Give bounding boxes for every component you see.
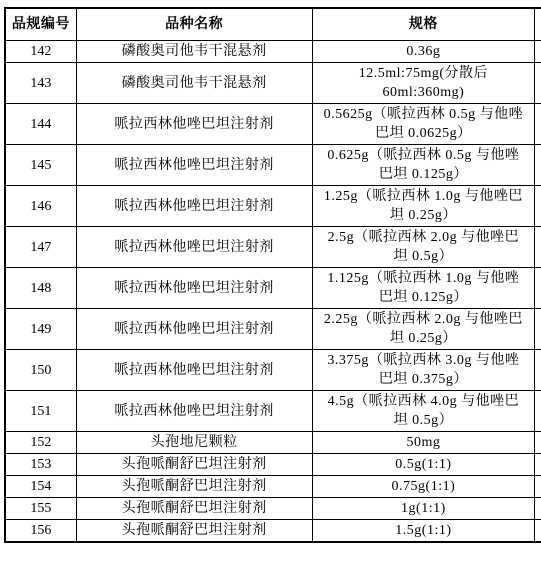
cell-clipped [535,145,541,186]
cell-specification: 0.5g(1:1) [312,454,535,476]
table-row: 155 头孢哌酮舒巴坦注射剂 1g(1:1) [5,498,541,520]
cell-product-name: 头孢哌酮舒巴坦注射剂 [76,520,312,543]
cell-product-code: 155 [5,498,76,520]
cell-product-code: 154 [5,476,76,498]
cell-product-code: 153 [5,454,76,476]
cell-product-code: 146 [5,186,76,227]
cell-product-code: 148 [5,268,76,309]
cell-product-name: 头孢哌酮舒巴坦注射剂 [76,454,312,476]
column-header-spec: 规格 [312,8,535,41]
cell-clipped [535,454,541,476]
cell-product-code: 149 [5,309,76,350]
cell-product-code: 156 [5,520,76,543]
cell-product-name: 哌拉西林他唑巴坦注射剂 [76,309,312,350]
cell-clipped [535,309,541,350]
cell-product-name: 哌拉西林他唑巴坦注射剂 [76,268,312,309]
cell-clipped [535,476,541,498]
cell-product-code: 151 [5,391,76,432]
cell-product-name: 哌拉西林他唑巴坦注射剂 [76,350,312,391]
table-row: 151 哌拉西林他唑巴坦注射剂 4.5g（哌拉西林 4.0g 与他唑巴 坦 0.… [5,391,541,432]
cell-specification: 4.5g（哌拉西林 4.0g 与他唑巴 坦 0.5g） [312,391,535,432]
cell-specification: 2.25g（哌拉西林 2.0g 与他唑巴 坦 0.25g） [312,309,535,350]
cell-product-code: 150 [5,350,76,391]
table-row: 153 头孢哌酮舒巴坦注射剂 0.5g(1:1) [5,454,541,476]
table-body: 142 磷酸奥司他韦干混悬剂 0.36g 143 磷酸奥司他韦干混悬剂 12.5… [5,41,541,543]
cell-clipped [535,104,541,145]
cell-clipped [535,63,541,104]
table-row: 147 哌拉西林他唑巴坦注射剂 2.5g（哌拉西林 2.0g 与他唑巴 坦 0.… [5,227,541,268]
cell-product-name: 磷酸奥司他韦干混悬剂 [76,41,312,63]
cell-clipped [535,186,541,227]
cell-product-name: 哌拉西林他唑巴坦注射剂 [76,104,312,145]
cell-product-name: 头孢地尼颗粒 [76,432,312,454]
table-row: 148 哌拉西林他唑巴坦注射剂 1.125g（哌拉西林 1.0g 与他唑 巴坦 … [5,268,541,309]
cell-product-name: 头孢哌酮舒巴坦注射剂 [76,476,312,498]
cell-specification: 2.5g（哌拉西林 2.0g 与他唑巴 坦 0.5g） [312,227,535,268]
cell-product-name: 头孢哌酮舒巴坦注射剂 [76,498,312,520]
cell-clipped [535,520,541,543]
cell-specification: 12.5ml:75mg(分散后 60ml:360mg) [312,63,535,104]
cell-specification: 0.625g（哌拉西林 0.5g 与他唑 巴坦 0.125g） [312,145,535,186]
table-row: 152 头孢地尼颗粒 50mg [5,432,541,454]
cell-clipped [535,41,541,63]
table-row: 150 哌拉西林他唑巴坦注射剂 3.375g（哌拉西林 3.0g 与他唑 巴坦 … [5,350,541,391]
cell-clipped [535,391,541,432]
cell-clipped [535,498,541,520]
table-row: 142 磷酸奥司他韦干混悬剂 0.36g [5,41,541,63]
cell-clipped [535,227,541,268]
cell-clipped [535,432,541,454]
cell-clipped [535,268,541,309]
table-row: 149 哌拉西林他唑巴坦注射剂 2.25g（哌拉西林 2.0g 与他唑巴 坦 0… [5,309,541,350]
drug-spec-table: 品规编号 品种名称 规格 142 磷酸奥司他韦干混悬剂 0.36g 143 磷酸… [4,7,541,543]
table-row: 146 哌拉西林他唑巴坦注射剂 1.25g（哌拉西林 1.0g 与他唑巴 坦 0… [5,186,541,227]
cell-product-code: 143 [5,63,76,104]
cell-product-name: 哌拉西林他唑巴坦注射剂 [76,145,312,186]
cell-product-code: 145 [5,145,76,186]
cell-specification: 1.25g（哌拉西林 1.0g 与他唑巴 坦 0.25g） [312,186,535,227]
table-row: 143 磷酸奥司他韦干混悬剂 12.5ml:75mg(分散后 60ml:360m… [5,63,541,104]
cell-specification: 50mg [312,432,535,454]
cell-product-code: 144 [5,104,76,145]
cell-product-name: 哌拉西林他唑巴坦注射剂 [76,227,312,268]
column-header-name: 品种名称 [76,8,312,41]
cell-specification: 1.125g（哌拉西林 1.0g 与他唑 巴坦 0.125g） [312,268,535,309]
column-header-clipped [535,8,541,41]
table-row: 145 哌拉西林他唑巴坦注射剂 0.625g（哌拉西林 0.5g 与他唑 巴坦 … [5,145,541,186]
cell-specification: 1.5g(1:1) [312,520,535,543]
table-row: 144 哌拉西林他唑巴坦注射剂 0.5625g（哌拉西林 0.5g 与他唑 巴坦… [5,104,541,145]
cell-product-code: 152 [5,432,76,454]
table-row: 154 头孢哌酮舒巴坦注射剂 0.75g(1:1) [5,476,541,498]
cell-product-code: 147 [5,227,76,268]
cell-clipped [535,350,541,391]
cell-specification: 0.5625g（哌拉西林 0.5g 与他唑 巴坦 0.0625g） [312,104,535,145]
cell-product-name: 哌拉西林他唑巴坦注射剂 [76,391,312,432]
page: { "table": { "headers": { "code": "品规编号"… [0,0,541,562]
cell-product-name: 磷酸奥司他韦干混悬剂 [76,63,312,104]
cell-specification: 0.36g [312,41,535,63]
cell-specification: 0.75g(1:1) [312,476,535,498]
cell-product-code: 142 [5,41,76,63]
cell-specification: 1g(1:1) [312,498,535,520]
column-header-code: 品规编号 [5,8,76,41]
header-row: 品规编号 品种名称 规格 [5,8,541,41]
cell-specification: 3.375g（哌拉西林 3.0g 与他唑 巴坦 0.375g） [312,350,535,391]
cell-product-name: 哌拉西林他唑巴坦注射剂 [76,186,312,227]
table-row: 156 头孢哌酮舒巴坦注射剂 1.5g(1:1) [5,520,541,543]
